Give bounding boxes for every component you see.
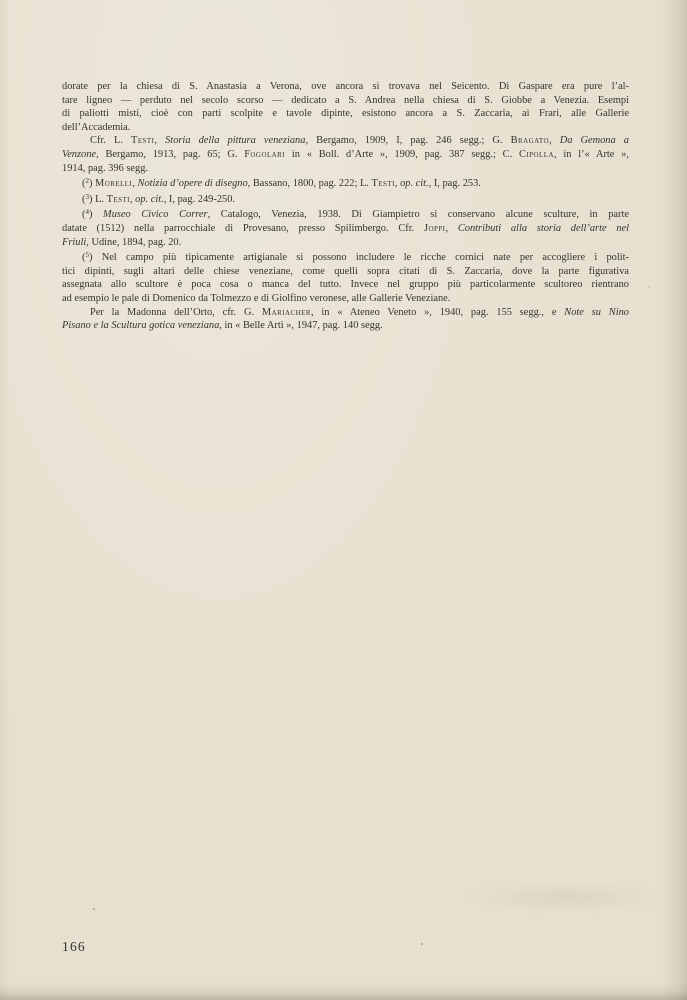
footnote-line: Per la Madonna dell’Orto, cfr. G. Mariac…: [62, 306, 629, 320]
footnote-text: , in « Ateneo Veneto », 1940, pag. 155 s…: [311, 307, 564, 318]
footnote-text: ) L.: [89, 194, 107, 205]
footnote-line: 1914, pag. 396 segg.: [62, 162, 629, 176]
footnote-text: , in l’« Arte »,: [554, 149, 629, 160]
author-name: Cipolla: [519, 149, 554, 160]
footnote-text: tici dipinti, sugli altari delle chiese …: [62, 266, 629, 277]
footnote-text: ,: [445, 223, 457, 234]
footnote-text: , I, pag. 253.: [429, 178, 481, 189]
work-title: Da Gemona a: [560, 135, 629, 146]
footnote-line: di paliotti misti, cioè con parti scolpi…: [62, 107, 629, 121]
author-name: Morelli: [95, 178, 132, 189]
footnote-text: ,: [154, 135, 165, 146]
footnote-text: Per la Madonna dell’Orto, cfr. G.: [90, 307, 262, 318]
footnote-line: (3) L. Testi, op. cit., I, pag. 249-250.: [62, 191, 629, 207]
footnote-text: in « Boll. d’Arte », 1909, pag. 387 segg…: [285, 149, 519, 160]
author-name: Mariacher: [262, 307, 311, 318]
work-title: Pisano e la Scultura gotica veneziana: [62, 320, 219, 331]
footnote-line: dorate per la chiesa di S. Anastasia a V…: [62, 80, 629, 94]
footnote-line: tici dipinti, sugli altari delle chiese …: [62, 265, 629, 279]
footnote-line: (5) Nel campo più tipicamente artigianal…: [62, 249, 629, 265]
show-through-stain: [468, 882, 664, 912]
author-name: Joppi: [424, 223, 445, 234]
page-number: 166: [62, 939, 86, 955]
page-bottom-edge-shading: [0, 982, 687, 1000]
footnote-text: 1914, pag. 396 segg.: [62, 163, 148, 174]
footnote-line: ad esempio le pale di Domenico da Tolmez…: [62, 292, 629, 306]
footnote-text: , I, pag. 249-250.: [164, 194, 235, 205]
footnote-text: ) Nel campo più tipicamente artigianale …: [89, 252, 629, 263]
footnote-line: tare ligneo — perduto nel secolo scorso …: [62, 94, 629, 108]
footnote-line: (4) Museo Civico Correr, Catalogo, Venez…: [62, 206, 629, 222]
footnote-line: Pisano e la Scultura gotica veneziana, i…: [62, 319, 629, 333]
footnote-line: dell’Accademia.: [62, 121, 629, 135]
paper-speck: [93, 908, 95, 910]
footnote-text: ,: [549, 135, 560, 146]
work-title: Note su Nino: [564, 307, 629, 318]
work-title: op. cit.: [400, 178, 429, 189]
paper-speck: [421, 943, 423, 945]
footnote-text: dorate per la chiesa di S. Anastasia a V…: [62, 81, 629, 92]
page-right-edge-shading: [661, 0, 687, 1000]
footnote-line: Venzone, Bergamo, 1913, pag. 65; G. Fogo…: [62, 148, 629, 162]
footnote-line: Friuli, Udine, 1894, pag. 20.: [62, 236, 629, 250]
footnote-text: , Bergamo, 1913, pag. 65; G.: [96, 149, 244, 160]
work-title: Museo Civico Correr: [103, 209, 208, 220]
work-title: op. cit.: [135, 194, 164, 205]
footnote-line: (2) Morelli, Notizia d’opere di disegno,…: [62, 175, 629, 191]
author-name: Testi: [107, 194, 130, 205]
work-title: Storia della pittura veneziana: [165, 135, 305, 146]
footnote-text: datate (1512) nella parrocchiale di Prov…: [62, 223, 424, 234]
footnote-text: , Catalogo, Venezia, 1938. Di Giampietro…: [208, 209, 629, 220]
footnote-line: datate (1512) nella parrocchiale di Prov…: [62, 222, 629, 236]
footnote-text: tare ligneo — perduto nel secolo scorso …: [62, 95, 629, 106]
work-title: Venzone: [62, 149, 96, 160]
author-name: Testi: [131, 135, 154, 146]
footnote-line: Cfr. L. Testi, Storia della pittura vene…: [62, 134, 629, 148]
footnote-text: assegnata allo scultore è poca cosa o ma…: [62, 279, 629, 290]
footnote-text: ): [89, 209, 103, 220]
author-name: Bragato: [511, 135, 549, 146]
work-title: Contributi alla storia dell’arte nel: [458, 223, 629, 234]
work-title: Friuli: [62, 237, 86, 248]
author-name: Fogolari: [244, 149, 285, 160]
page-left-edge-shading: [0, 0, 10, 1000]
footnote-text: di paliotti misti, cioè con parti scolpi…: [62, 108, 629, 119]
footnote-text: , in « Belle Arti », 1947, pag. 140 segg…: [219, 320, 382, 331]
footnote-text: , Bergamo, 1909, I, pag. 246 segg.; G.: [305, 135, 510, 146]
footnote-text: ad esempio le pale di Domenico da Tolmez…: [62, 293, 450, 304]
footnote-block: dorate per la chiesa di S. Anastasia a V…: [62, 80, 629, 333]
paper-speck: [648, 286, 650, 288]
footnote-text: Cfr. L.: [90, 135, 131, 146]
author-name: Testi: [371, 178, 394, 189]
footnote-text: dell’Accademia.: [62, 122, 130, 133]
footnote-text: , Udine, 1894, pag. 20.: [86, 237, 181, 248]
work-title: Notizia d’opere di disegno: [138, 178, 248, 189]
footnote-text: , Bassano, 1800, pag. 222; L.: [248, 178, 372, 189]
footnote-line: assegnata allo scultore è poca cosa o ma…: [62, 278, 629, 292]
